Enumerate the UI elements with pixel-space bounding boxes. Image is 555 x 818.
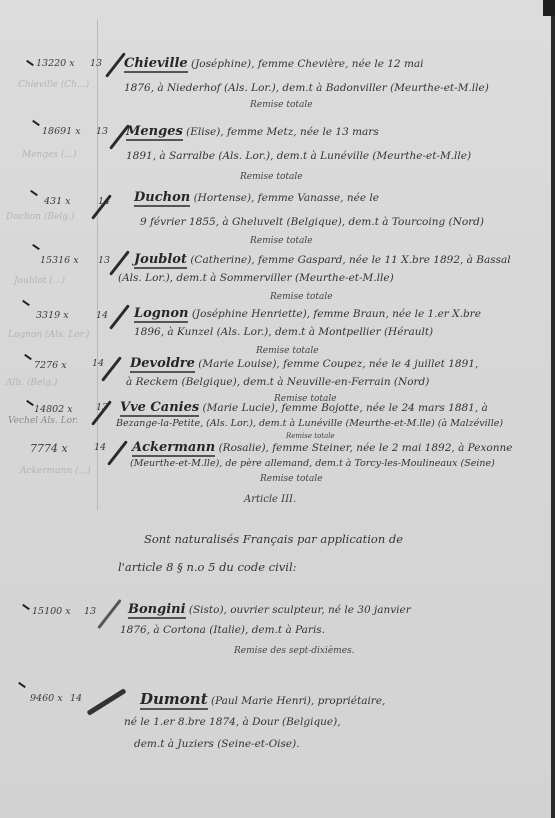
entry-ref: 7276 x <box>34 360 67 371</box>
margin-note: Chieville (Ch...) <box>18 80 89 90</box>
entry-ref: 9460 x <box>30 693 63 704</box>
entry-remise: Remise totale <box>270 292 333 302</box>
slash-mark-icon <box>109 304 130 329</box>
section-intro-line-2: l'article 8 § n.o 5 du code civil: <box>118 560 297 574</box>
margin-note: Joublot (...) <box>14 276 65 286</box>
check-tick-icon <box>26 60 34 66</box>
entry-line-2: 1876, à Niederhof (Als. Lor.), dem.t à B… <box>124 82 489 94</box>
entry-surname: Chieville <box>124 56 188 73</box>
slash-mark-icon <box>101 356 122 381</box>
entry-ref: 431 x <box>44 196 71 207</box>
entry-line-2: né le 1.er 8.bre 1874, à Dour (Belgique)… <box>124 716 341 728</box>
entry-page-no: 13 <box>98 255 110 266</box>
page-corner-shadow <box>543 0 555 16</box>
check-tick-icon <box>26 400 34 406</box>
entry-ref: 15316 x <box>40 255 79 266</box>
entry-remise: Remise totale <box>286 432 335 440</box>
entry-line-2: (Als. Lor.), dem.t à Sommerviller (Meurt… <box>118 272 394 284</box>
entry-surname: Joublot <box>134 252 187 269</box>
entry-ref: 15100 x <box>32 606 71 617</box>
entry-line-1: (Marie Louise), femme Coupez, née le 4 j… <box>198 358 478 370</box>
entry-ref: 13220 x <box>36 58 75 69</box>
margin-note: Menges (...) <box>22 150 77 160</box>
entry-line-1: (Paul Marie Henri), propriétaire, <box>211 695 385 707</box>
entry-ref: 7774 x <box>30 442 68 455</box>
entry-remise: Remise totale <box>250 236 313 246</box>
entry-page-no: 13 <box>90 58 102 69</box>
entry-surname: Vve Canies <box>120 400 199 417</box>
check-tick-icon <box>22 604 30 610</box>
article-heading: Article III. <box>244 494 296 505</box>
entry-line-1: (Elise), femme Metz, née le 13 mars <box>186 126 379 138</box>
document-page: 13220 x 13 Chieville (Ch...) Chieville (… <box>0 0 555 818</box>
entry-page-no: 14 <box>92 358 104 369</box>
entry-line-1: (Sisto), ouvrier sculpteur, né le 30 jan… <box>189 604 411 616</box>
entry-page-no: 14 <box>96 310 108 321</box>
entry-remise: Remise totale <box>250 100 313 110</box>
entry-ref: 18691 x <box>42 126 81 137</box>
entry-ref: 14802 x <box>34 404 73 415</box>
margin-note: Vechel Als. Lor. <box>8 416 78 426</box>
entry-line-2: 1896, à Kunzel (Als. Lor.), dem.t à Mont… <box>134 326 433 338</box>
entry-line-2: (Meurthe-et-M.lle), de père allemand, de… <box>130 458 495 469</box>
entry-surname: Bongini <box>128 602 186 619</box>
check-tick-icon <box>22 300 30 306</box>
entry-surname: Lognon <box>134 306 188 323</box>
check-tick-icon <box>24 354 32 360</box>
margin-note: Alb. (Belg.) <box>6 378 57 388</box>
entry-surname: Ackermann <box>132 440 215 457</box>
entry-surname: Devoldre <box>130 356 195 373</box>
check-tick-icon <box>30 190 38 196</box>
page-edge-shadow <box>551 0 555 818</box>
entry-line-1: (Catherine), femme Gaspard, née le 11 X.… <box>190 254 510 266</box>
entry-remise: Remise totale <box>240 172 303 182</box>
entry-line-2: 1876, à Cortona (Italie), dem.t à Paris. <box>120 624 325 636</box>
entry-line-1: (Marie Lucie), femme Bojotte, née le 24 … <box>203 402 488 414</box>
check-tick-icon <box>18 682 26 688</box>
slash-mark-icon <box>107 440 128 465</box>
entry-page-no: 14 <box>70 693 82 704</box>
entry-remise: Remise des sept-dixièmes. <box>234 646 355 656</box>
entry-surname: Menges <box>126 124 183 141</box>
entry-line-1: (Joséphine), femme Chevière, née le 12 m… <box>191 58 424 70</box>
entry-surname: Duchon <box>134 190 190 207</box>
margin-note: Duchon (Belg.) <box>6 212 74 222</box>
entry-page-no: 14 <box>94 442 106 453</box>
entry-line-3: dem.t à Juziers (Seine-et-Oise). <box>134 738 300 750</box>
entry-line-2: à Reckem (Belgique), dem.t à Neuville-en… <box>126 376 429 388</box>
check-tick-icon <box>32 244 40 250</box>
entry-page-no: 13 <box>96 126 108 137</box>
entry-line-1: (Joséphine Henriette), femme Braun, née … <box>192 308 481 320</box>
check-tick-icon <box>32 120 40 126</box>
section-intro-line-1: Sont naturalisés Français par applicatio… <box>144 532 403 546</box>
entry-remise: Remise totale <box>256 346 319 356</box>
entry-ref: 3319 x <box>36 310 69 321</box>
entry-line-2: Bezange-la-Petite, (Als. Lor.), dem.t à … <box>116 418 503 429</box>
margin-note: Lognon (Als. Lor.) <box>8 330 89 340</box>
entry-surname: Dumont <box>140 690 208 710</box>
slash-mark-icon <box>97 599 122 629</box>
entry-line-1: (Hortense), femme Vanasse, née le <box>194 192 379 204</box>
slash-mark-icon <box>105 52 126 77</box>
entry-line-2: 1891, à Sarralbe (Als. Lor.), dem.t à Lu… <box>126 150 471 162</box>
entry-remise: Remise totale <box>260 474 323 484</box>
margin-note: Ackermann (...) <box>20 466 91 476</box>
entry-line-1: (Rosalie), femme Steiner, née le 2 mai 1… <box>219 442 513 454</box>
entry-page-no: 13 <box>84 606 96 617</box>
entry-line-2: 9 février 1855, à Gheluvelt (Belgique), … <box>140 216 484 228</box>
slash-mark-icon <box>87 688 127 716</box>
